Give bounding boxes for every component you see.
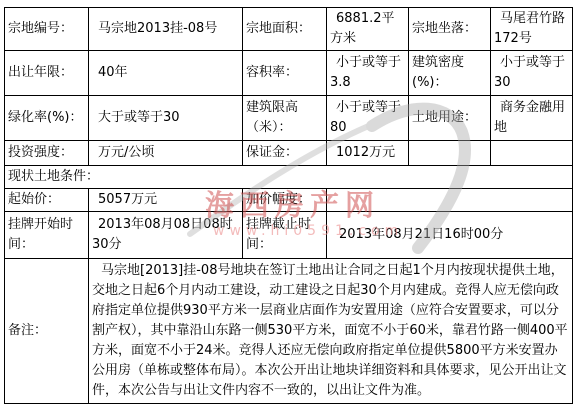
transfer-term-label: 出让年限： <box>5 51 89 96</box>
parcel-area-label: 宗地面积： <box>243 8 327 51</box>
plot-ratio-label: 容积率： <box>243 51 327 96</box>
building-density-label: 建筑密度(%)： <box>409 51 491 96</box>
parcel-number-label: 宗地编号： <box>5 8 89 51</box>
investment-intensity-label: 投资强度： <box>5 141 89 166</box>
deposit-label: 保证金： <box>243 141 327 166</box>
table-row: 现状土地条件： <box>5 166 573 189</box>
table-row: 备注： 马宗地[2013]挂-08号地块在签订土地出让合同之日起1个月内按现状提… <box>5 259 573 404</box>
land-use-value: 商务金融用地 <box>491 96 573 141</box>
land-use-label: 土地用途： <box>409 96 491 141</box>
starting-price-label: 起始价： <box>5 189 89 212</box>
deposit-value: 1012万元 <box>327 141 409 166</box>
listing-start-value: 2013年08月08日08时30分 <box>89 212 243 259</box>
height-limit-value: 小于或等于80 <box>327 96 409 141</box>
land-info-table: 宗地编号： 马宗地2013挂-08号 宗地面积： 6881.2平方米 宗地坐落：… <box>4 7 573 404</box>
greening-rate-label: 绿化率(%)： <box>5 96 89 141</box>
listing-end-value: 2013年08月21日16时00分 <box>327 212 573 259</box>
table-row: 挂牌开始时间： 2013年08月08日08时30分 挂牌截止时间： 2013年0… <box>5 212 573 259</box>
starting-price-value: 5057万元 <box>89 189 243 212</box>
increment-label: 加价幅度： <box>243 189 327 212</box>
table-row: 起始价： 5057万元 加价幅度： <box>5 189 573 212</box>
listing-start-label: 挂牌开始时间： <box>5 212 89 259</box>
land-listing-page: 宗地编号： 马宗地2013挂-08号 宗地面积： 6881.2平方米 宗地坐落：… <box>0 0 577 411</box>
table-row: 出让年限： 40年 容积率： 小于或等于3.8 建筑密度(%)： 小于或等于30 <box>5 51 573 96</box>
empty-cell <box>491 141 573 166</box>
parcel-number-value: 马宗地2013挂-08号 <box>89 8 243 51</box>
transfer-term-value: 40年 <box>89 51 243 96</box>
remarks-value: 马宗地[2013]挂-08号地块在签订土地出让合同之日起1个月内按现状提供土地，… <box>89 259 573 404</box>
height-limit-label: 建筑限高（米）： <box>243 96 327 141</box>
table-row: 宗地编号： 马宗地2013挂-08号 宗地面积： 6881.2平方米 宗地坐落：… <box>5 8 573 51</box>
listing-end-label: 挂牌截止时间： <box>243 212 327 259</box>
parcel-location-label: 宗地坐落： <box>409 8 491 51</box>
table-row: 绿化率(%)： 大于或等于30 建筑限高（米）： 小于或等于80 土地用途： 商… <box>5 96 573 141</box>
increment-value <box>327 189 573 212</box>
investment-intensity-value: 万元/公顷 <box>89 141 243 166</box>
remarks-label: 备注： <box>5 259 89 404</box>
parcel-location-value: 马尾君竹路172号 <box>491 8 573 51</box>
greening-rate-value: 大于或等于30 <box>89 96 243 141</box>
empty-cell <box>409 141 491 166</box>
table-row: 投资强度： 万元/公顷 保证金： 1012万元 <box>5 141 573 166</box>
plot-ratio-value: 小于或等于3.8 <box>327 51 409 96</box>
building-density-value: 小于或等于30 <box>491 51 573 96</box>
parcel-area-value: 6881.2平方米 <box>327 8 409 51</box>
current-condition-label: 现状土地条件： <box>5 166 573 189</box>
